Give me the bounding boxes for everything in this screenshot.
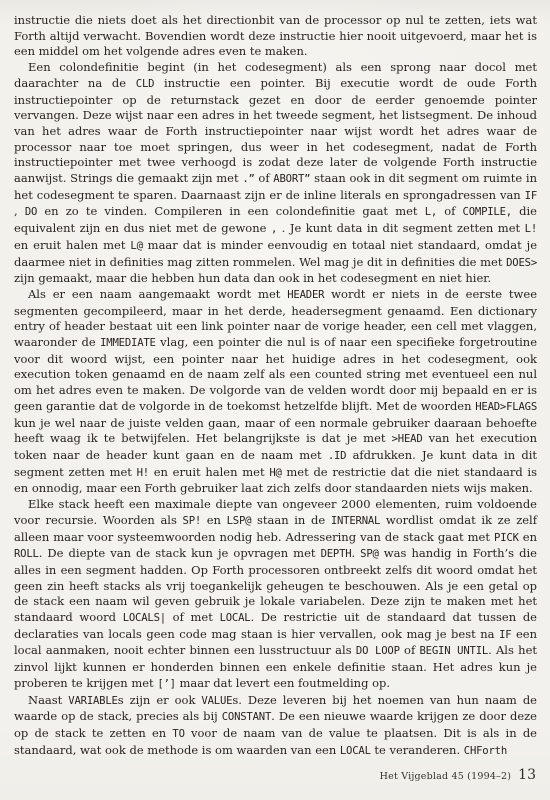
footer-journal-title: Het Vijgeblad 45 (1994–2) <box>380 771 512 782</box>
text-run: Naast <box>28 693 68 707</box>
code-term: HEAD>FLAGS <box>475 401 537 413</box>
code-term: [’] <box>157 678 176 690</box>
code-term: LSP@ <box>227 515 252 527</box>
code-term: BEGIN UNTIL <box>420 645 489 657</box>
code-term: ABORT” <box>273 173 310 185</box>
text-run: instructie die niets doet als het direct… <box>14 13 537 58</box>
text-run: Als er een naam aangemaakt wordt met <box>28 287 287 301</box>
paragraph: Elke stack heeft een maximale diepte van… <box>14 497 537 692</box>
text-run: of <box>255 171 274 185</box>
page-footer: Het Vijgeblad 45 (1994–2)13 <box>380 764 536 783</box>
code-term: LOCAL <box>220 612 251 624</box>
code-term: COMPILE, <box>463 206 512 218</box>
document-page: instructie die niets doet als het direct… <box>0 0 550 800</box>
code-term: SP! <box>183 515 202 527</box>
code-term: TO <box>172 728 184 740</box>
code-term: L! <box>525 223 537 235</box>
code-term: L, <box>425 206 437 218</box>
code-term: DO LOOP <box>356 645 400 657</box>
code-term: VALUE <box>201 695 232 707</box>
code-term: ROLL <box>14 548 39 560</box>
code-term: CONSTANT <box>222 711 271 723</box>
code-term: IF <box>499 629 511 641</box>
text-run: of <box>437 204 463 218</box>
code-term: PICK <box>494 532 519 544</box>
code-term: DEPTH <box>321 548 352 560</box>
text-run: , <box>14 204 25 218</box>
code-term: DOES> <box>506 257 537 269</box>
paragraph: instructie die niets doet als het direct… <box>14 13 537 60</box>
text-run: te veranderen. <box>371 743 464 757</box>
code-term: CHForth <box>464 745 507 757</box>
text-run: en <box>201 513 227 527</box>
code-term: HEADER <box>287 289 324 301</box>
code-term: H! <box>137 467 149 479</box>
text-run: of <box>400 643 420 657</box>
text-run: . De diepte van de stack kun je opvragen… <box>39 546 321 560</box>
code-term: LOCALS| <box>123 612 166 624</box>
text-run: en eruit halen met <box>149 465 269 479</box>
text-run: en <box>519 530 537 544</box>
text-run: zijn gemaakt, maar die hebben hun data d… <box>14 271 491 285</box>
code-term: SP@ <box>360 548 379 560</box>
text-run: en zo te vinden. Compileren in een colon… <box>37 204 425 218</box>
code-term: .ID <box>328 450 347 462</box>
footer-page-number: 13 <box>518 767 536 783</box>
code-term: >HEAD <box>392 433 423 445</box>
code-term: LOCAL <box>340 745 371 757</box>
text-run: instructie een pointer. Bij executie wor… <box>14 76 537 185</box>
text-run: en eruit halen met <box>14 238 130 252</box>
text-run: s zijn er ook <box>118 693 202 707</box>
code-term: IF <box>525 190 537 202</box>
code-term: DO <box>25 206 37 218</box>
text-run: . Je kunt data in dit segment zetten met <box>277 221 525 235</box>
text-run: maar dat levert een foutmelding op. <box>176 676 390 690</box>
paragraph: Als er een naam aangemaakt wordt met HEA… <box>14 287 537 497</box>
text-run: staan in de <box>251 513 331 527</box>
code-term: INTERNAL <box>331 515 380 527</box>
code-term: .” <box>242 173 254 185</box>
code-term: H@ <box>269 467 281 479</box>
text-run: of met <box>166 610 220 624</box>
page-body-text: instructie die niets doet als het direct… <box>14 13 537 759</box>
code-term: IMMEDIATE <box>100 337 156 349</box>
paragraph: Een colondefinitie begint (in het codese… <box>14 60 537 287</box>
code-term: VARIABLE <box>68 695 117 707</box>
text-run: . <box>351 546 360 560</box>
paragraph: Naast VARIABLEs zijn er ook VALUEs. Deze… <box>14 693 537 760</box>
code-term: L@ <box>130 240 142 252</box>
code-term: CLD <box>136 78 155 90</box>
